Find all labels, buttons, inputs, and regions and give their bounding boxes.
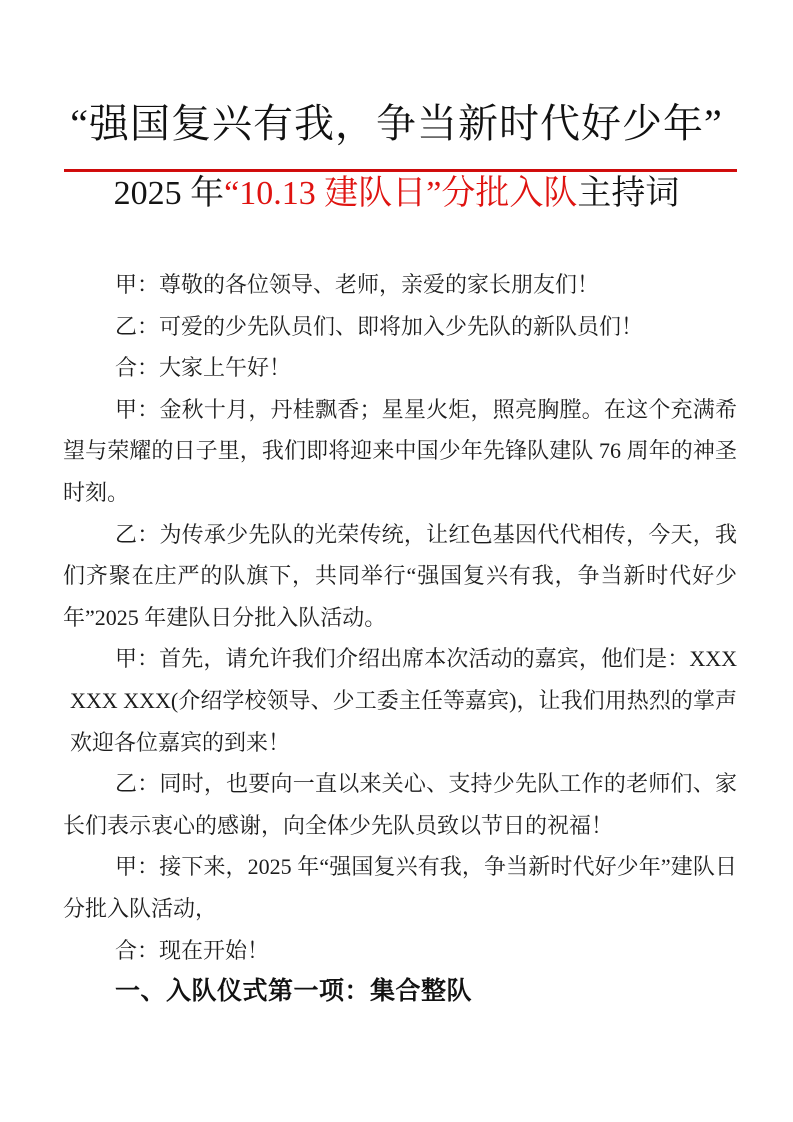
- document-title-line2: 2025 年“10.13 建队日”分批入队主持词: [0, 173, 793, 215]
- dialogue-paragraph: 乙：同时，也要向一直以来关心、支持少先队工作的老师们、家长们表示衷心的感谢，向全…: [63, 763, 737, 846]
- dialogue-paragraph: 甲：接下来，2025 年“强国复兴有我，争当新时代好少年”建队日分批入队活动，: [63, 846, 737, 929]
- title-line2-suffix: 主持词: [577, 175, 679, 212]
- title-line2-red-part: “10.13 建队日”分批入队: [224, 175, 577, 212]
- dialogue-paragraph: 合：现在开始！: [63, 930, 737, 972]
- dialogue-paragraph: 乙：为传承少先队的光荣传统，让红色基因代代相传，今天，我们齐聚在庄严的队旗下，共…: [63, 514, 737, 639]
- dialogue-paragraph: 甲：首先，请允许我们介绍出席本次活动的嘉宾，他们是：XXX XXX XXX(介绍…: [63, 638, 737, 763]
- document-page: “强国复兴有我，争当新时代好少年” 2025 年“10.13 建队日”分批入队主…: [0, 0, 793, 1122]
- dialogue-paragraph: 合：大家上午好！: [63, 347, 737, 389]
- section-heading: 一、入队仪式第一项：集合整队: [63, 971, 737, 1013]
- dialogue-paragraph: 甲：尊敬的各位领导、老师，亲爱的家长朋友们！: [63, 264, 737, 306]
- dialogue-paragraph: 乙：可爱的少先队员们、即将加入少先队的新队员们！: [63, 306, 737, 348]
- red-double-rule: [64, 169, 737, 172]
- document-title-line1: “强国复兴有我，争当新时代好少年”: [0, 99, 793, 149]
- dialogue-paragraph: 甲：金秋十月，丹桂飘香；星星火炬，照亮胸膛。在这个充满希望与荣耀的日子里，我们即…: [63, 389, 737, 514]
- title-line2-prefix: 2025 年: [114, 175, 225, 212]
- document-body: 甲：尊敬的各位领导、老师，亲爱的家长朋友们！ 乙：可爱的少先队员们、即将加入少先…: [63, 264, 737, 1013]
